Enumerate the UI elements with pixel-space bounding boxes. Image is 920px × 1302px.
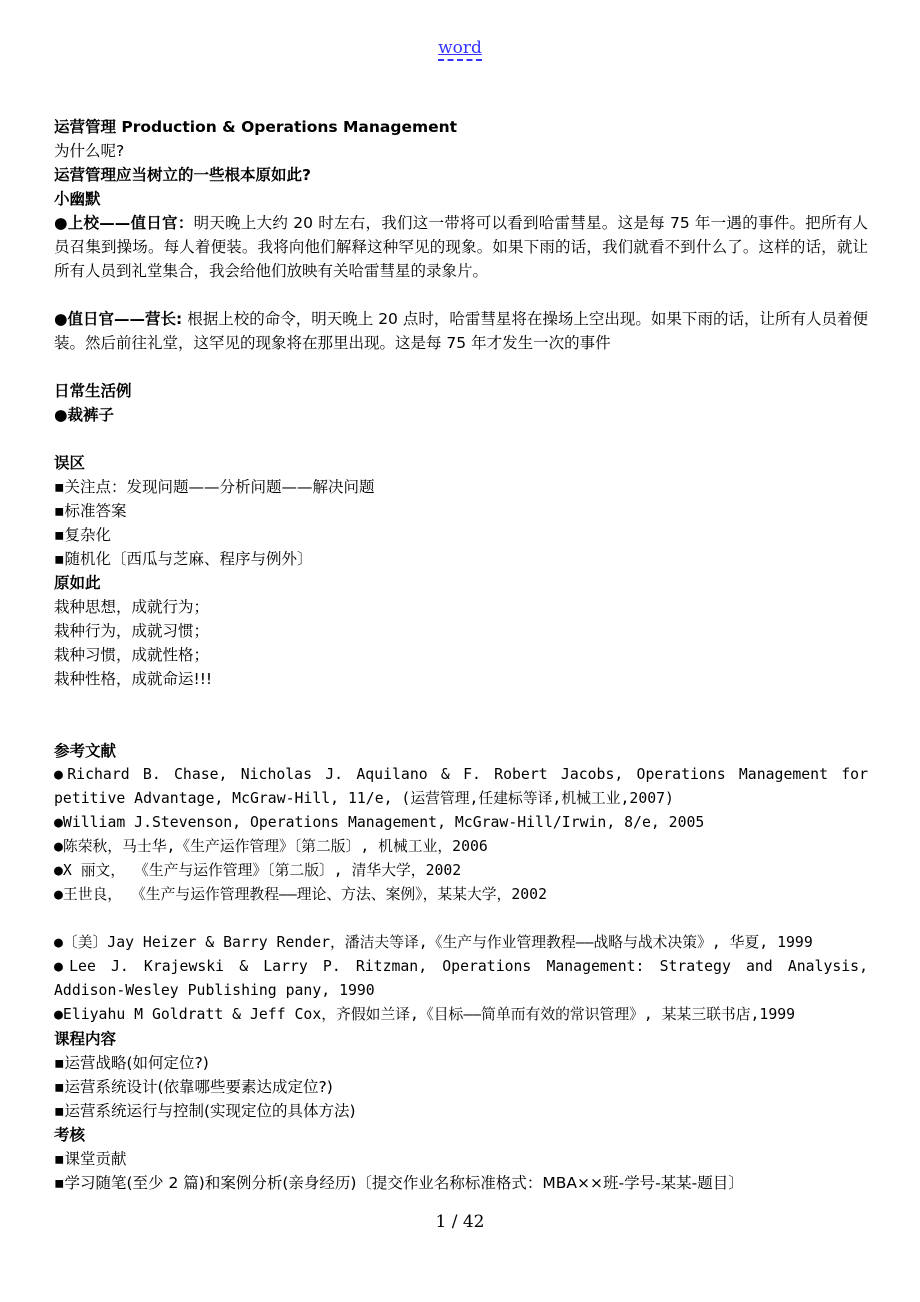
body-text: 为什么呢? bbox=[54, 139, 868, 163]
joke-paragraph: ●值日官——营长: 根据上校的命令，明天晚上 20 点时，哈雷彗星将在操场上空出… bbox=[54, 307, 868, 355]
list-item: ▪学习随笔(至少 2 篇)和案例分析(亲身经历)〔提交作业名称标准格式：MBA×… bbox=[54, 1171, 868, 1195]
body-text: 栽种行为，成就习惯； bbox=[54, 619, 868, 643]
spacer bbox=[54, 715, 868, 739]
doc-title: 运营管理 Production & Operations Management bbox=[54, 115, 868, 139]
reference-item: ●Lee J. Krajewski & Larry P. Ritzman, Op… bbox=[54, 955, 868, 1003]
reference-item: ●陈荣秋，马士华,《生产运作管理》〔第二版〕, 机械工业，2006 bbox=[54, 835, 868, 859]
document-page: word 运营管理 Production & Operations Manage… bbox=[0, 0, 920, 1302]
spacer bbox=[54, 427, 868, 451]
list-item: ▪关注点：发现问题——分析问题——解决问题 bbox=[54, 475, 868, 499]
section-heading: 运营管理应当树立的一些根本原如此? bbox=[54, 163, 868, 187]
section-heading: 课程内容 bbox=[54, 1027, 868, 1051]
reference-item: ●William J.Stevenson, Operations Managem… bbox=[54, 811, 868, 835]
spacer bbox=[54, 907, 868, 931]
list-item: ▪复杂化 bbox=[54, 523, 868, 547]
body-text: 栽种思想，成就行为； bbox=[54, 595, 868, 619]
list-item: ▪运营系统运行与控制(实现定位的具体方法) bbox=[54, 1099, 868, 1123]
section-heading: 日常生活例 bbox=[54, 379, 868, 403]
section-heading: 参考文献 bbox=[54, 739, 868, 763]
section-heading: 原如此 bbox=[54, 571, 868, 595]
page-header: word bbox=[0, 0, 920, 59]
section-heading: 考核 bbox=[54, 1123, 868, 1147]
document-body: 运营管理 Production & Operations Management为… bbox=[54, 115, 868, 1195]
list-item: ▪课堂贡献 bbox=[54, 1147, 868, 1171]
list-item: ▪标准答案 bbox=[54, 499, 868, 523]
page-number: 1 / 42 bbox=[0, 1212, 920, 1232]
reference-item: ●王世良， 《生产与运作管理教程——理论、方法、案例》，某某大学，2002 bbox=[54, 883, 868, 907]
joke-paragraph: ●上校——值日官：明天晚上大约 20 时左右，我们这一带将可以看到哈雷彗星。这是… bbox=[54, 211, 868, 283]
list-item: ▪运营系统设计(依靠哪些要素达成定位?) bbox=[54, 1075, 868, 1099]
spacer bbox=[54, 283, 868, 307]
reference-item: ●Richard B. Chase, Nicholas J. Aquilano … bbox=[54, 763, 868, 811]
example-item: ●裁裤子 bbox=[54, 403, 868, 427]
word-link[interactable]: word bbox=[438, 38, 482, 61]
body-text: 栽种习惯，成就性格； bbox=[54, 643, 868, 667]
reference-item: ●〔美〕Jay Heizer & Barry Render，潘洁夫等译,《生产与… bbox=[54, 931, 868, 955]
section-heading: 误区 bbox=[54, 451, 868, 475]
body-text: 栽种性格，成就命运!!! bbox=[54, 667, 868, 691]
list-item: ▪随机化〔西瓜与芝麻、程序与例外〕 bbox=[54, 547, 868, 571]
reference-item: ●Eliyahu M Goldratt & Jeff Cox，齐假如兰译,《目标… bbox=[54, 1003, 868, 1027]
spacer bbox=[54, 691, 868, 715]
reference-item: ●X 丽文， 《生产与运作管理》〔第二版〕, 清华大学，2002 bbox=[54, 859, 868, 883]
section-heading: 小幽默 bbox=[54, 187, 868, 211]
list-item: ▪运营战略(如何定位?) bbox=[54, 1051, 868, 1075]
spacer bbox=[54, 355, 868, 379]
